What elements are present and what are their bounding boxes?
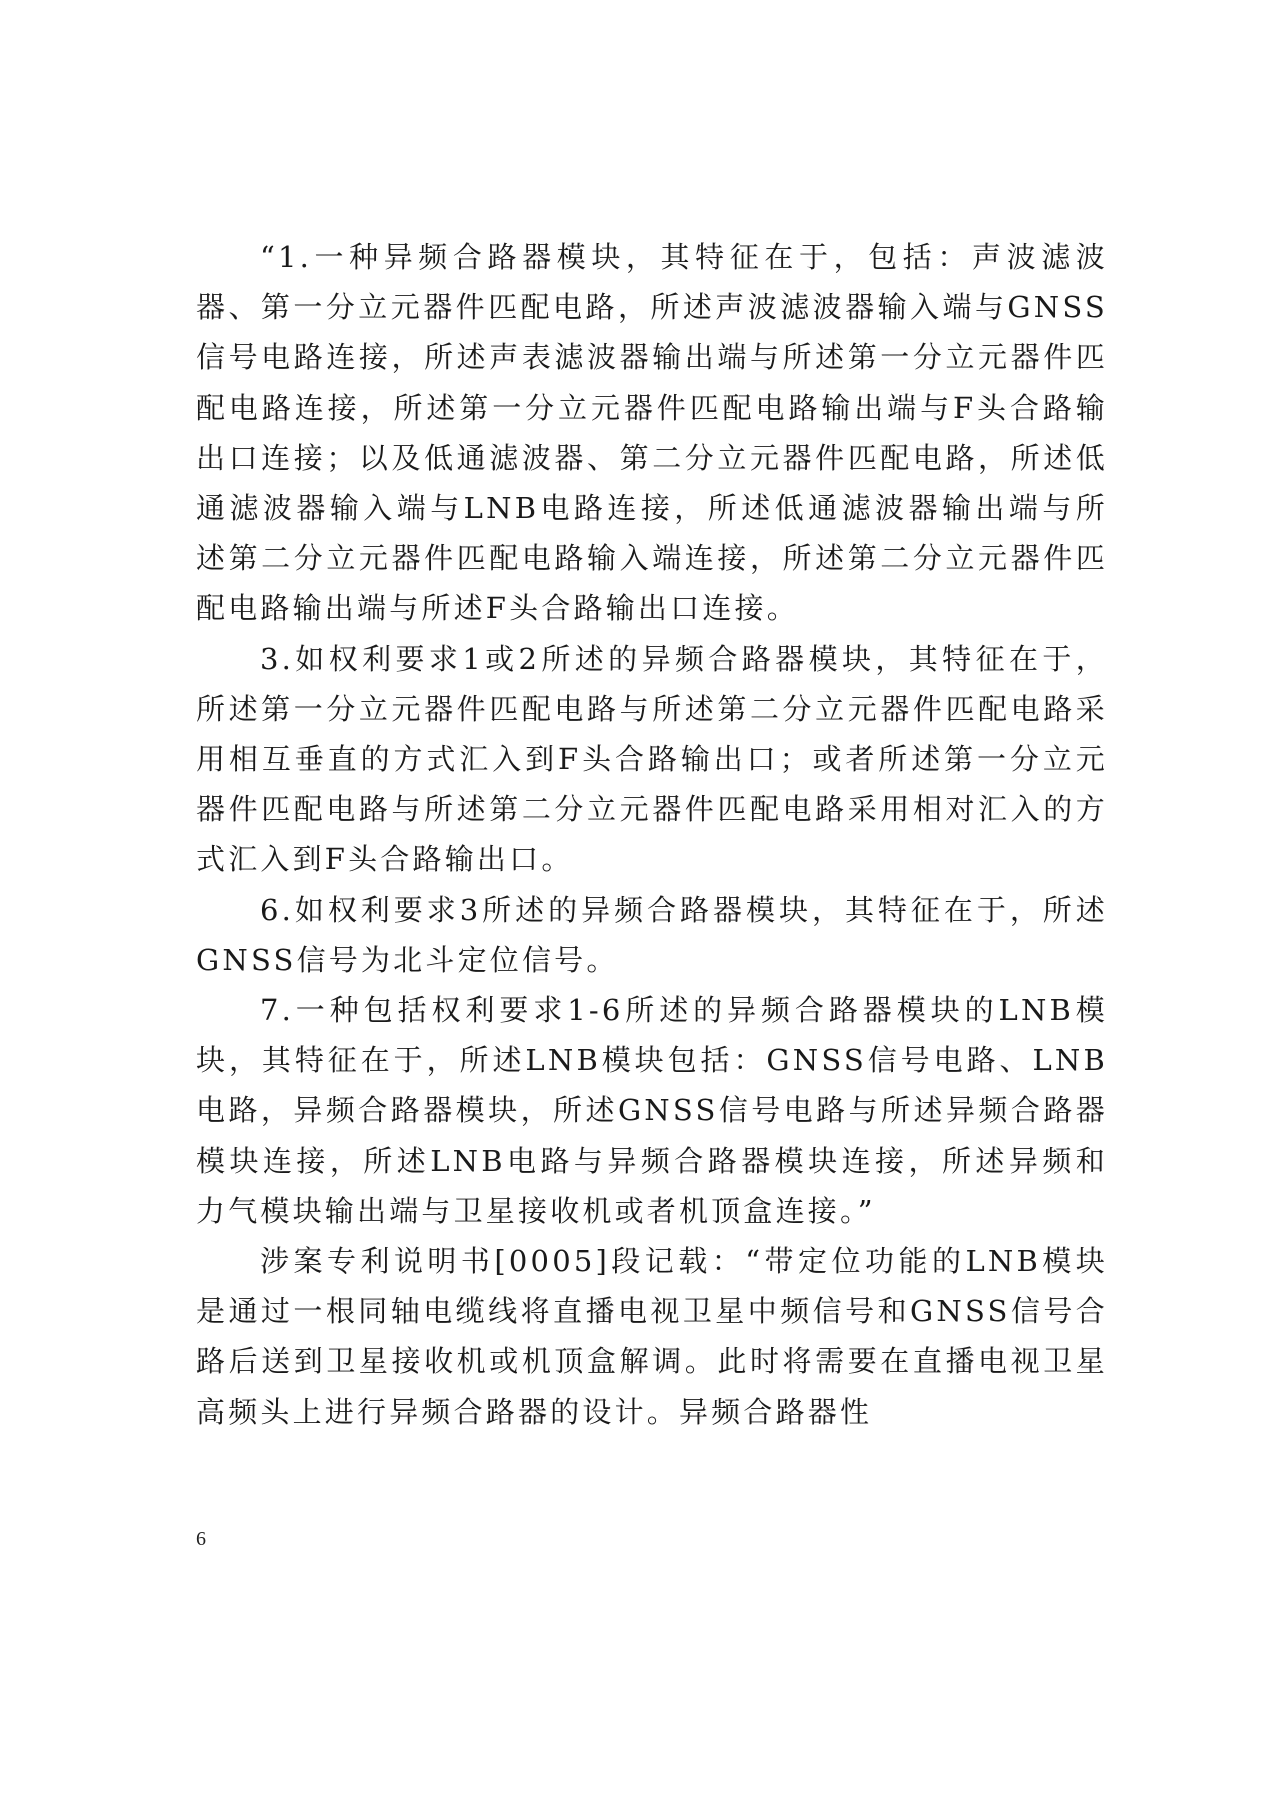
document-body: “1.一种异频合路器模块，其特征在于，包括：声波滤波器、第一分立元器件匹配电路，… bbox=[196, 232, 1108, 1437]
document-page: “1.一种异频合路器模块，其特征在于，包括：声波滤波器、第一分立元器件匹配电路，… bbox=[0, 0, 1280, 1807]
specification-paragraph: 涉案专利说明书[0005]段记载：“带定位功能的LNB模块是通过一根同轴电缆线将… bbox=[196, 1236, 1108, 1437]
claim-1-paragraph: “1.一种异频合路器模块，其特征在于，包括：声波滤波器、第一分立元器件匹配电路，… bbox=[196, 232, 1108, 634]
claim-3-paragraph: 3.如权利要求1或2所述的异频合路器模块，其特征在于，所述第一分立元器件匹配电路… bbox=[196, 634, 1108, 885]
claim-7-paragraph: 7.一种包括权利要求1-6所述的异频合路器模块的LNB模块，其特征在于，所述LN… bbox=[196, 985, 1108, 1236]
claim-6-paragraph: 6.如权利要求3所述的异频合路器模块，其特征在于，所述GNSS信号为北斗定位信号… bbox=[196, 885, 1108, 985]
page-number: 6 bbox=[196, 1528, 206, 1551]
